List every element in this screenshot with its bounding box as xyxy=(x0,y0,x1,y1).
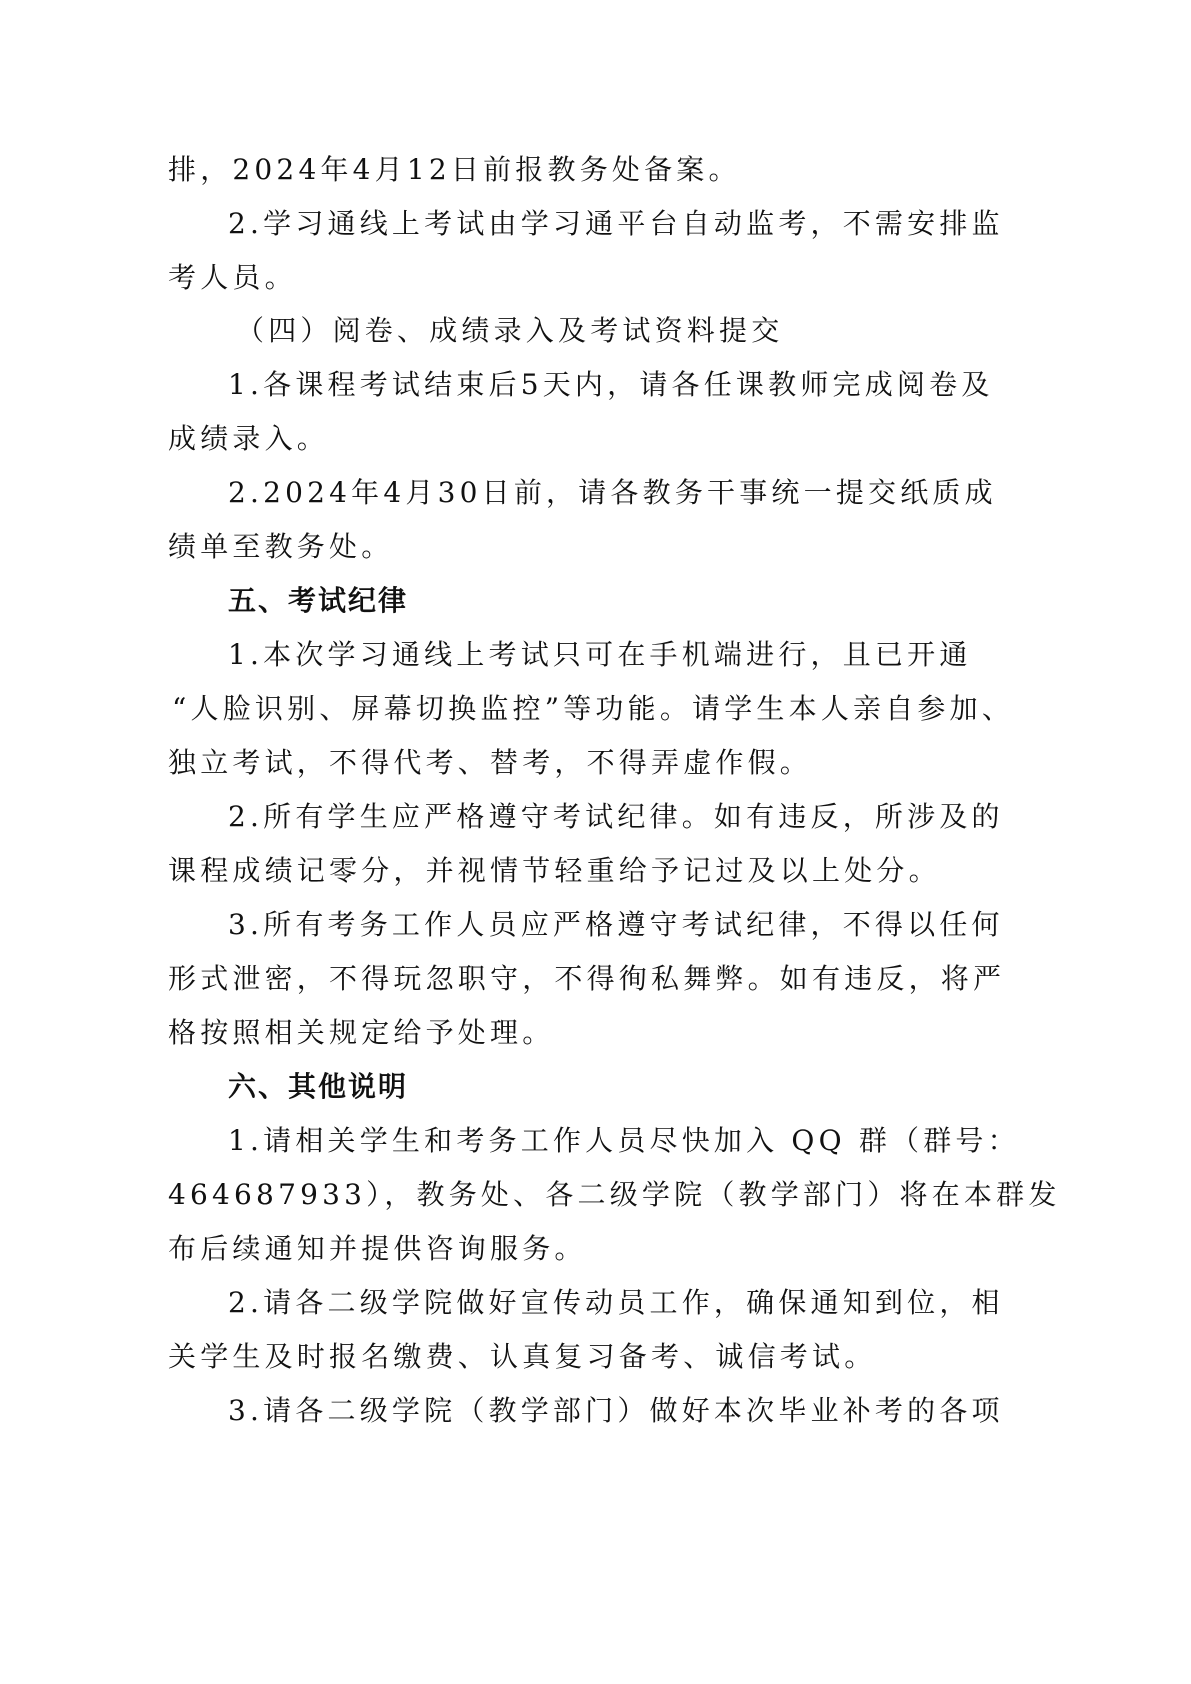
paragraph-line-continuation: “人脸识别、屏幕切换监控”等功能。请学生本人亲自参加、 xyxy=(172,691,948,731)
list-item-grade-submission: 2.2024年4月30日前，请各教务干事统一提交纸质成 xyxy=(228,475,948,515)
paragraph-line-continuation: 排，2024年4月12日前报教务处备案。 xyxy=(168,152,948,192)
paragraph-line-continuation: 考人员。 xyxy=(168,260,948,300)
list-item-mobile-exam: 1.本次学习通线上考试只可在手机端进行，且已开通 xyxy=(228,637,948,677)
paragraph-line-continuation: 形式泄密，不得玩忽职守，不得徇私舞弊。如有违反，将严 xyxy=(168,961,948,1001)
paragraph-line-continuation: 关学生及时报名缴费、认真复习备考、诚信考试。 xyxy=(168,1339,948,1379)
list-item-exam-monitoring: 2.学习通线上考试由学习通平台自动监考，不需安排监 xyxy=(228,206,948,246)
paragraph-line-continuation: 布后续通知并提供咨询服务。 xyxy=(168,1231,948,1271)
paragraph-line-continuation: 格按照相关规定给予处理。 xyxy=(168,1015,948,1055)
list-item-grading-deadline: 1.各课程考试结束后5天内，请各任课教师完成阅卷及 xyxy=(228,367,948,407)
document-page: 排，2024年4月12日前报教务处备案。 2.学习通线上考试由学习通平台自动监考… xyxy=(0,0,1191,1684)
paragraph-line-continuation: 464687933），教务处、各二级学院（教学部门）将在本群发 xyxy=(168,1177,948,1217)
section-heading-other-notes: 六、其他说明 xyxy=(228,1069,948,1109)
paragraph-line-continuation: 独立考试，不得代考、替考，不得弄虚作假。 xyxy=(168,745,948,785)
list-item-qq-group: 1.请相关学生和考务工作人员尽快加入 QQ 群（群号： xyxy=(228,1123,948,1163)
list-item-student-discipline: 2.所有学生应严格遵守考试纪律。如有违反，所涉及的 xyxy=(228,799,948,839)
list-item-staff-discipline: 3.所有考务工作人员应严格遵守考试纪律，不得以任何 xyxy=(228,907,948,947)
paragraph-line-continuation: 成绩录入。 xyxy=(168,421,948,461)
list-item-college-duties: 3.请各二级学院（教学部门）做好本次毕业补考的各项 xyxy=(228,1393,948,1433)
list-item-publicity: 2.请各二级学院做好宣传动员工作，确保通知到位，相 xyxy=(228,1285,948,1325)
paragraph-line-continuation: 课程成绩记零分，并视情节轻重给予记过及以上处分。 xyxy=(168,853,948,893)
section-heading-exam-discipline: 五、考试纪律 xyxy=(228,583,948,623)
paragraph-line-continuation: 绩单至教务处。 xyxy=(168,529,948,569)
subsection-heading-grading: （四）阅卷、成绩录入及考试资料提交 xyxy=(236,313,956,353)
